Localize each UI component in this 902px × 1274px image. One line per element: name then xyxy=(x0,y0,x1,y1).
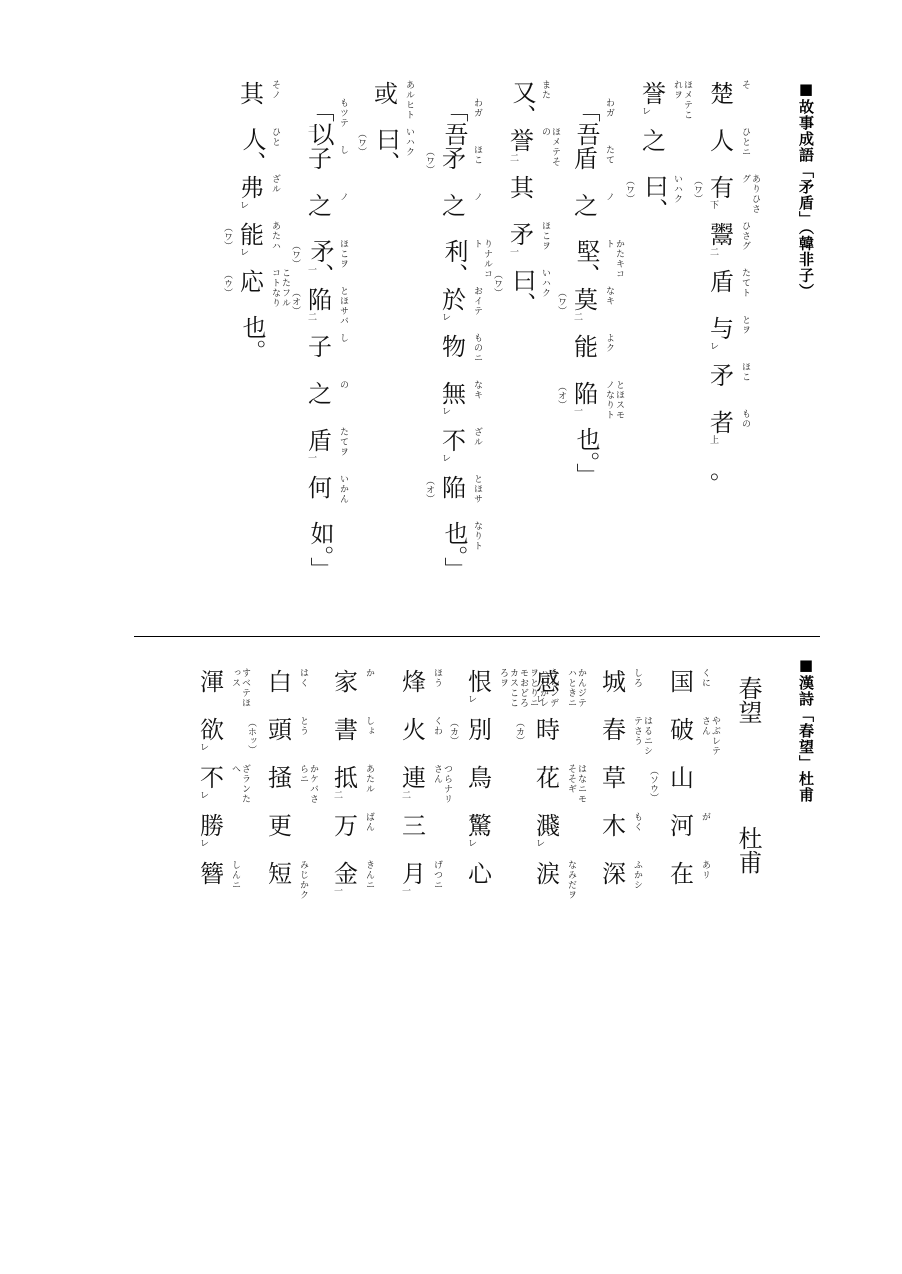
furigana: たてト xyxy=(740,268,750,298)
furigana: もく xyxy=(632,812,642,832)
kanji: 鬻 xyxy=(708,221,736,249)
kaeriten-mark: レ xyxy=(200,840,209,849)
kanji: 能 xyxy=(238,221,266,249)
kanji-cell: 渾すベテほっス xyxy=(198,668,278,708)
furigana: ノ xyxy=(604,192,614,202)
kanji: 。 xyxy=(708,456,736,484)
furigana: の xyxy=(338,380,348,390)
furigana: ひと xyxy=(270,127,280,147)
furigana: いかん xyxy=(338,474,348,504)
kanji: 之 xyxy=(306,380,334,408)
kanji-cell: 曰、いハク（ワ） xyxy=(640,174,720,214)
kanji: 能 xyxy=(572,333,600,361)
reading-note: （オ） xyxy=(556,382,566,409)
furigana: しんニ xyxy=(230,860,240,890)
kanji-cell: 誉ほメテこれヲレ xyxy=(640,80,720,120)
furigana: し xyxy=(338,145,348,155)
kanji-cell: 勝レ xyxy=(198,812,278,852)
kaeriten-mark: 一 xyxy=(574,408,583,417)
kaeriten-mark: レ xyxy=(442,408,451,417)
kanji-cell: 之ノ xyxy=(440,192,520,232)
kanji-cell: 也。 xyxy=(238,315,318,355)
kanji-cell: 花はなニモそそギ xyxy=(534,764,614,804)
kanji: 不 xyxy=(198,764,226,792)
furigana: りナルコト xyxy=(472,239,492,279)
kanji-cell: 之の xyxy=(306,380,386,420)
kanji-cell: 有ありひさグ下（ワ） xyxy=(708,174,788,214)
furigana: わガ xyxy=(472,98,482,118)
furigana: ほこヲ xyxy=(540,221,550,251)
kanji-cell: 月げつニ一 xyxy=(400,860,480,900)
kanji-cell: 人ひとニ xyxy=(708,127,788,167)
furigana: ほこヲ xyxy=(338,239,348,269)
furigana: たて xyxy=(604,145,614,165)
kanji: 於 xyxy=(440,286,468,314)
kanji-cell: 矛ほこヲ一 xyxy=(508,221,588,261)
kanji-cell: 短みじかク xyxy=(266,860,346,900)
kanji: 欲 xyxy=(198,716,226,744)
kanji-cell: 欲レ（ホッ） xyxy=(198,716,278,756)
kanji-cell: 其 xyxy=(508,174,588,214)
kanji-cell: 盾たてヲ一 xyxy=(306,427,386,467)
furigana: また xyxy=(540,80,550,100)
furigana: いハク xyxy=(540,268,550,298)
furigana: なキ xyxy=(604,286,614,306)
kanji-cell: 又、また xyxy=(508,80,588,120)
furigana: こたフルコトなり xyxy=(270,268,290,308)
furigana: ほメテこれヲ xyxy=(672,80,692,120)
kanji-cell: 也。」なりト xyxy=(440,521,520,561)
heading-kojiseigo: ■故事成語「矛盾」（韓非子） xyxy=(796,80,817,300)
furigana: はく xyxy=(298,668,308,688)
kanji-cell: 誉ほメテその二 xyxy=(508,127,588,167)
furigana: ざル xyxy=(472,427,482,447)
kanji-cell: 矛ほこ xyxy=(708,362,788,402)
kanji-cell: 不ざランたへレ xyxy=(198,764,278,804)
kanji-cell: 人、ひと xyxy=(238,127,318,167)
kanji-cell: 陥とほサ（オ） xyxy=(440,474,520,514)
kanji-cell: 陥とほサバ二（オ） xyxy=(306,286,386,326)
furigana: つらナリさん xyxy=(432,764,452,804)
furigana: とほサバ xyxy=(338,286,348,326)
kanji-cell: 三 xyxy=(400,812,480,852)
reading-note: （カ） xyxy=(514,718,524,745)
kaeriten-mark: 上 xyxy=(710,437,719,446)
furigana: ものニ xyxy=(472,333,482,363)
kanji: 其 xyxy=(238,80,266,108)
reading-note: （ソウ） xyxy=(648,766,658,802)
furigana: ほこ xyxy=(740,362,750,382)
kanji-cell: 陥とほスモノなりト一（オ） xyxy=(572,380,652,420)
furigana: なみだヲ xyxy=(566,860,576,900)
furigana: すベテほっス xyxy=(230,668,250,708)
kanji-cell: 火くわ（カ） xyxy=(400,716,480,756)
kanji-cell: 不ざルレ xyxy=(440,427,520,467)
kanji-cell: 如。」 xyxy=(306,521,386,561)
kanji-cell: 物ものニ xyxy=(440,333,520,373)
furigana: かたキコト xyxy=(604,239,624,279)
kanji-cell: 応こたフルコトなり（ウ） xyxy=(238,268,318,308)
kanji-cell: 破やぶレテさん xyxy=(668,716,748,756)
kanji-cell: 掻かケバさらニ xyxy=(266,764,346,804)
furigana: とほスモノなりト xyxy=(604,380,624,420)
furigana: ほう xyxy=(432,668,442,688)
kanji: 盾 xyxy=(708,268,736,296)
kanji-cell: 無なキレ xyxy=(440,380,520,420)
furigana: かんジテハときニ xyxy=(566,668,586,708)
furigana: とう xyxy=(298,716,308,736)
kanji-cell: 与とヲレ xyxy=(708,315,788,355)
furigana: なキ xyxy=(472,380,482,400)
kanji-cell: 其そノ xyxy=(238,80,318,120)
furigana: くわ xyxy=(432,716,442,736)
kaeriten-mark: レ xyxy=(240,249,249,258)
furigana: ふかシ xyxy=(632,860,642,890)
kanji-cell: 国くに xyxy=(668,668,748,708)
kanji: 也。」 xyxy=(572,427,600,487)
furigana: ひさグ xyxy=(740,221,750,251)
kanji-cell: 能よク xyxy=(572,333,652,373)
furigana: そ xyxy=(740,80,750,90)
kanji-cell: 頭とう xyxy=(266,716,346,756)
kanji: 也。」 xyxy=(440,521,468,581)
kanji: 也。 xyxy=(238,315,266,363)
furigana: おイテ xyxy=(472,286,482,316)
kanji-cell: 濺レ xyxy=(534,812,614,852)
kaeriten-mark: レ xyxy=(200,744,209,753)
furigana: かケバさらニ xyxy=(298,764,318,804)
furigana: もの xyxy=(740,409,750,429)
kanji: 無 xyxy=(440,380,468,408)
kanji: 何 xyxy=(306,474,334,502)
kaeriten-mark: 二 xyxy=(574,314,583,323)
furigana: あたル xyxy=(364,764,374,794)
reading-note: （オ） xyxy=(424,476,434,503)
furigana: うらンデハわかレヲとりニモおどろカスこころヲ xyxy=(498,668,558,708)
kanji-cell: 山 xyxy=(668,764,748,804)
kanji: 陥 xyxy=(572,380,600,408)
kaeriten-mark: 二 xyxy=(710,249,719,258)
kanji-cell: 「吾わガ xyxy=(440,98,520,138)
furigana: はるニシテさう xyxy=(632,716,652,756)
furigana: か xyxy=(364,668,374,678)
kanji: 矛 xyxy=(708,362,736,390)
furigana: ざランたへ xyxy=(230,764,250,804)
furigana: ざル xyxy=(270,174,280,194)
furigana: わガ xyxy=(604,98,614,118)
kanji-cell: 白はく xyxy=(266,668,346,708)
furigana: し xyxy=(338,333,348,343)
reading-note: （ワ） xyxy=(222,223,232,250)
furigana: しょ xyxy=(364,716,374,736)
kaeriten-mark: レ xyxy=(710,343,719,352)
kanji-cell: 於おイテレ xyxy=(440,286,520,326)
kanji-cell: 簪しんニ xyxy=(198,860,278,900)
kanji-cell: 在あリ xyxy=(668,860,748,900)
kanji-cell: 利、りナルコト xyxy=(440,239,520,279)
kanji: 陥 xyxy=(440,474,468,502)
kanji-cell: 子し xyxy=(306,145,386,185)
kanji: 与 xyxy=(708,315,736,343)
kanji-cell: 烽ほう xyxy=(400,668,480,708)
furigana: ばん xyxy=(364,812,374,832)
kanji-cell: 。 xyxy=(708,456,788,496)
kaeriten-mark: レ xyxy=(442,314,451,323)
kanji-cell: 能あたハレ（ワ） xyxy=(238,221,318,261)
kaeriten-mark: 一 xyxy=(308,455,317,464)
section-divider xyxy=(134,636,820,637)
furigana: ほメテその xyxy=(540,127,560,167)
kanji-cell: 子し xyxy=(306,333,386,373)
kanji-cell: 盾たてト xyxy=(708,268,788,308)
reading-note: （ウ） xyxy=(222,270,232,297)
furigana: いハク xyxy=(404,127,414,157)
furigana: ほこ xyxy=(472,145,482,165)
furigana: きんニ xyxy=(364,860,374,890)
kanji: 人、 xyxy=(238,127,266,175)
furigana: いハク xyxy=(672,174,682,204)
furigana: げつニ xyxy=(432,860,442,890)
kanji: 利、 xyxy=(440,239,468,287)
furigana: ノ xyxy=(472,192,482,202)
kanji: 勝 xyxy=(198,812,226,840)
furigana: あルヒト xyxy=(404,80,414,120)
kaeriten-mark: レ xyxy=(200,792,209,801)
kanji-cell: 之 xyxy=(640,127,720,167)
kaeriten-mark: レ xyxy=(240,202,249,211)
furigana: たてヲ xyxy=(338,427,348,457)
furigana: そノ xyxy=(270,80,280,100)
kanji: 盾 xyxy=(306,427,334,455)
kanji: 弗 xyxy=(238,174,266,202)
kanji: 者 xyxy=(708,409,736,437)
kanji-cell: 涙なみだヲ xyxy=(534,860,614,900)
kanji-cell: 弗ざルレ xyxy=(238,174,318,214)
furigana: が xyxy=(700,812,710,822)
kanji-cell: 之ノ xyxy=(306,192,386,232)
heading-kanshi: ■漢詩「春望」杜甫 xyxy=(796,656,817,803)
furigana: あリ xyxy=(700,860,710,880)
kanji-cell: 時 xyxy=(534,716,614,756)
reading-note: （ホッ） xyxy=(246,718,256,754)
kaeriten-mark: レ xyxy=(442,455,451,464)
furigana: もツテ xyxy=(338,98,348,128)
kanji-cell: 曰、いハク（ワ） xyxy=(508,268,588,308)
furigana: あたハ xyxy=(270,221,280,251)
furigana: ありひさグ xyxy=(740,174,760,214)
kanji: 渾 xyxy=(198,668,226,696)
kanji-cell: 連つらナリさん二 xyxy=(400,764,480,804)
kanji: 応 xyxy=(238,268,266,296)
kanji: 物 xyxy=(440,333,468,361)
kanji-cell: 何いかん xyxy=(306,474,386,514)
kanji: 之 xyxy=(440,192,468,220)
kanji: 簪 xyxy=(198,860,226,888)
furigana: ひとニ xyxy=(740,127,750,157)
furigana: くに xyxy=(700,668,710,688)
kanji-cell: 楚そ xyxy=(708,80,788,120)
kanji: 如。」 xyxy=(306,521,334,581)
furigana: とヲ xyxy=(740,315,750,335)
furigana: とほサ xyxy=(472,474,482,504)
reading-note: （カ） xyxy=(448,718,458,745)
kanji-cell: 矛ほこ（ワ） xyxy=(440,145,520,185)
furigana: よク xyxy=(604,333,614,353)
kanji-cell: 更 xyxy=(266,812,346,852)
furigana: みじかク xyxy=(298,860,308,900)
furigana: ノ xyxy=(338,192,348,202)
furigana: なりト xyxy=(472,521,482,551)
kanji-cell: 者もの上 xyxy=(708,409,788,449)
kanji-cell: 河が xyxy=(668,812,748,852)
kanji-cell: 也。」 xyxy=(572,427,652,467)
furigana: しろ xyxy=(632,668,642,688)
kanji: 不 xyxy=(440,427,468,455)
kanji-cell: 矛、ほこヲ一（ワ） xyxy=(306,239,386,279)
kanji-cell: 「以もツテ二 xyxy=(306,98,386,138)
kanji-cell: 鬻ひさグ二 xyxy=(708,221,788,261)
furigana: やぶレテさん xyxy=(700,716,720,756)
furigana: はなニモそそギ xyxy=(566,764,586,804)
